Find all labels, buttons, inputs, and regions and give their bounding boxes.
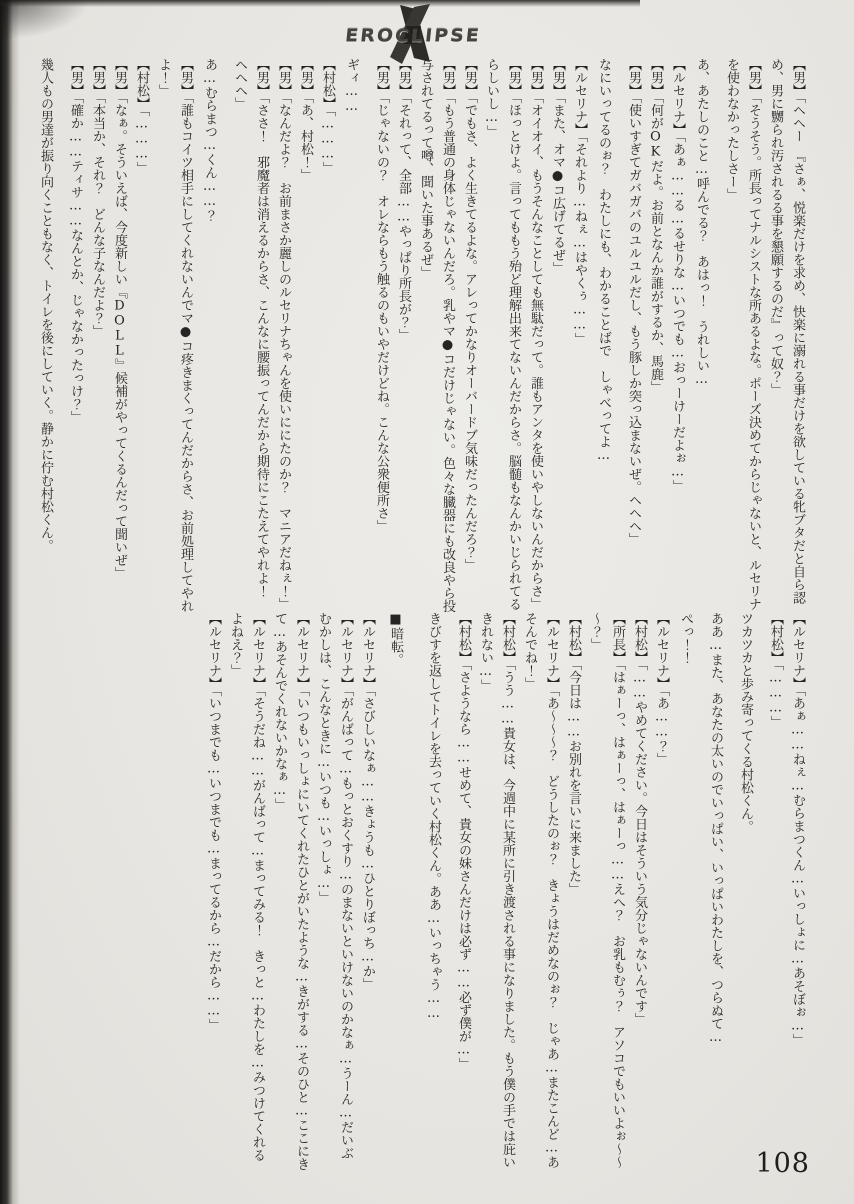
script-line: 【ルセリナ】「あぁ……ねぇ…むらまつくん…いっしょに…あそぼぉ…」 — [786, 612, 808, 1172]
script-line: 【所長】「はぁーっ、はぁーっ、はぁーっ……えへ？ お乳もむぅ？ アソコでもいいよ… — [584, 612, 628, 1172]
script-line: なにいってるのぉ？ わたしにも、わかることばで しゃべってよ… — [592, 58, 614, 614]
script-line: 【ルセリナ】「がんばって…もっとおくすり…のまないといけないのかなぁ…うーん…だ… — [312, 612, 356, 1172]
script-line: 【男】「使いすぎてガバガバのユルユルだし、もう豚しか突っ込まないぜ。ヘヘヘ」 — [622, 58, 644, 614]
script-line: 【村松】「………」 — [316, 58, 338, 614]
script-line: 【男】「ささ！ 邪魔者は消えるからさ、こんなに腰振ってんだから期待にこたえてやれ… — [228, 58, 272, 614]
script-line: 【男】「じゃないの？ オレならもう触るのもいやだけどね。こんな公衆便所さ」 — [370, 58, 392, 614]
script-top-block: 【男】「ヘヘー 『さぁ、悦楽だけを求め、快楽に溺れる事だけを欲している牝ブタだと… — [34, 58, 808, 614]
scan-edge-corner — [0, 0, 90, 40]
script-line: あ、あたしのこと…呼んでる？ あはっ！ うれしい… — [690, 58, 712, 614]
script-line: きびすを返してトイレを去っていく村松くん。ああ…いっちゃう…… — [422, 612, 444, 1172]
script-line: 【ルセリナ】「あ……？」 — [650, 612, 672, 1172]
script-bottom-block: 【ルセリナ】「あぁ……ねぇ…むらまつくん…いっしょに…あそぼぉ…」【村松】「……… — [198, 612, 808, 1172]
script-line: 【ルセリナ】「いつまでも…いつまでも…まってるから…だから……」 — [202, 612, 224, 1172]
script-line: 【男】「ほっとけよ。言ってももう殆ど理解出来てないんだからさ。脳髄もなんかいじら… — [480, 58, 524, 614]
script-line: ギィ…… — [340, 58, 362, 614]
script-line: あ…むらまつ…くん……？ — [198, 58, 220, 614]
script-line: 【村松】「……やめてください。今日はそういう気分じゃないんです」 — [628, 612, 650, 1172]
script-line: 【ルセリナ】「あぁ……る…るせりな…いつでも…おっーけーだよぉ…」 — [666, 58, 688, 614]
script-line: ぺっ！！ — [674, 612, 696, 1172]
script-line: 【村松】「………」 — [130, 58, 152, 614]
script-line: 【男】「本当か、それ？ どんな子なんだよ？」 — [86, 58, 108, 614]
script-line: 【村松】「………」 — [764, 612, 786, 1172]
script-line: 【村松】「今日は……お別れを言いに来ました」 — [562, 612, 584, 1172]
script-line: 【男】「でもさ、よく生きてるよな。アレってかなりオーバードブ気味だったんだろ？」 — [458, 58, 480, 614]
script-line: 【男】「なんだよ？ お前まさか麗しのルセリナちゃんを使いににたのか？ マニアだね… — [272, 58, 294, 614]
script-line: 【男】「何がOKだよ。お前となんか誰がするか、馬鹿」 — [644, 58, 666, 614]
script-line: 【男】「もう普通の身体じゃないんだろ。乳やマ●コだけじゃない。色々な臓器にも改良… — [414, 58, 458, 614]
script-line: 【男】「誰もコイツ相手にしてくれないんでマ●コ疼きまくってんだからさ、お前処理し… — [152, 58, 196, 614]
logo: EROCLIPSE — [318, 4, 508, 64]
script-line: 【男】「確か……ティサ……なんとか、じゃなかったっけ？」 — [64, 58, 86, 614]
script-line: 【男】「また、オマ●コ広げてるぜ」 — [546, 58, 568, 614]
page-number: 108 — [755, 1148, 810, 1179]
script-line: 【ルセリナ】「いつもいっしょにいてくれたひとがいたような…きがする…そのひと…こ… — [268, 612, 312, 1172]
script-line: ツカツカと歩み寄ってくる村松くん。 — [734, 612, 756, 1172]
script-line: 【男】「あ、村松！」 — [294, 58, 316, 614]
script-line: 【村松】「うう……貴女は、今週中に某所に引き渡される事になりました。もう僕の手で… — [474, 612, 518, 1172]
script-line: 【男】「なぁ。そういえば、今度新しい『DOLL』候補がやってくるんだって聞いぜ」 — [108, 58, 130, 614]
script-line: 【男】「それって、全部……やっぱり所長が？」 — [392, 58, 414, 614]
script-line: ■暗転。 — [384, 612, 406, 1172]
script-line: ああ…また、あなたの太いのでいっぱい、いっぱいわたしを、つらぬて… — [704, 612, 726, 1172]
logo-title: EROCLIPSE — [317, 26, 509, 46]
script-line: 【ルセリナ】「さびしいなぁ……きょうも…ひとりぼっち…か」 — [356, 612, 378, 1172]
scan-edge-left — [0, 0, 20, 1204]
scan-page: EROCLIPSE 【男】「ヘヘー 『さぁ、悦楽だけを求め、快楽に溺れる事だけを… — [0, 0, 854, 1204]
script-line: 【男】「そうそう。所長ってナルシストな所あるよな。ポーズ決めてからじゃないと、ル… — [720, 58, 764, 614]
script-line: 【ルセリナ】「そうだね……がんばって…まってみる！ きっと…わたしを…みつけてく… — [224, 612, 268, 1172]
script-line: 【男】「オイオイ、もうそんなことしても無駄だって。誰もアンタを使いやしないんだか… — [524, 58, 546, 614]
script-line: 【ルセリナ】「あ～～～？ どうしたのぉ？ きょうはだめなのぉ？ じゃあ…またこん… — [518, 612, 562, 1172]
script-line: 【ルセリナ】「それより…ねぇ…はやくぅ……」 — [568, 58, 590, 614]
script-line: 【村松】「さようなら……せめて、貴女の妹さんだけは必ず……必ず僕が…」 — [452, 612, 474, 1172]
script-line: 幾人もの男達が振り向くこともなく、トイレを後にしていく。静かに佇む村松くん。 — [34, 58, 56, 614]
script-line: 【男】「ヘヘー 『さぁ、悦楽だけを求め、快楽に溺れる事だけを欲している牝ブタだと… — [764, 58, 808, 614]
